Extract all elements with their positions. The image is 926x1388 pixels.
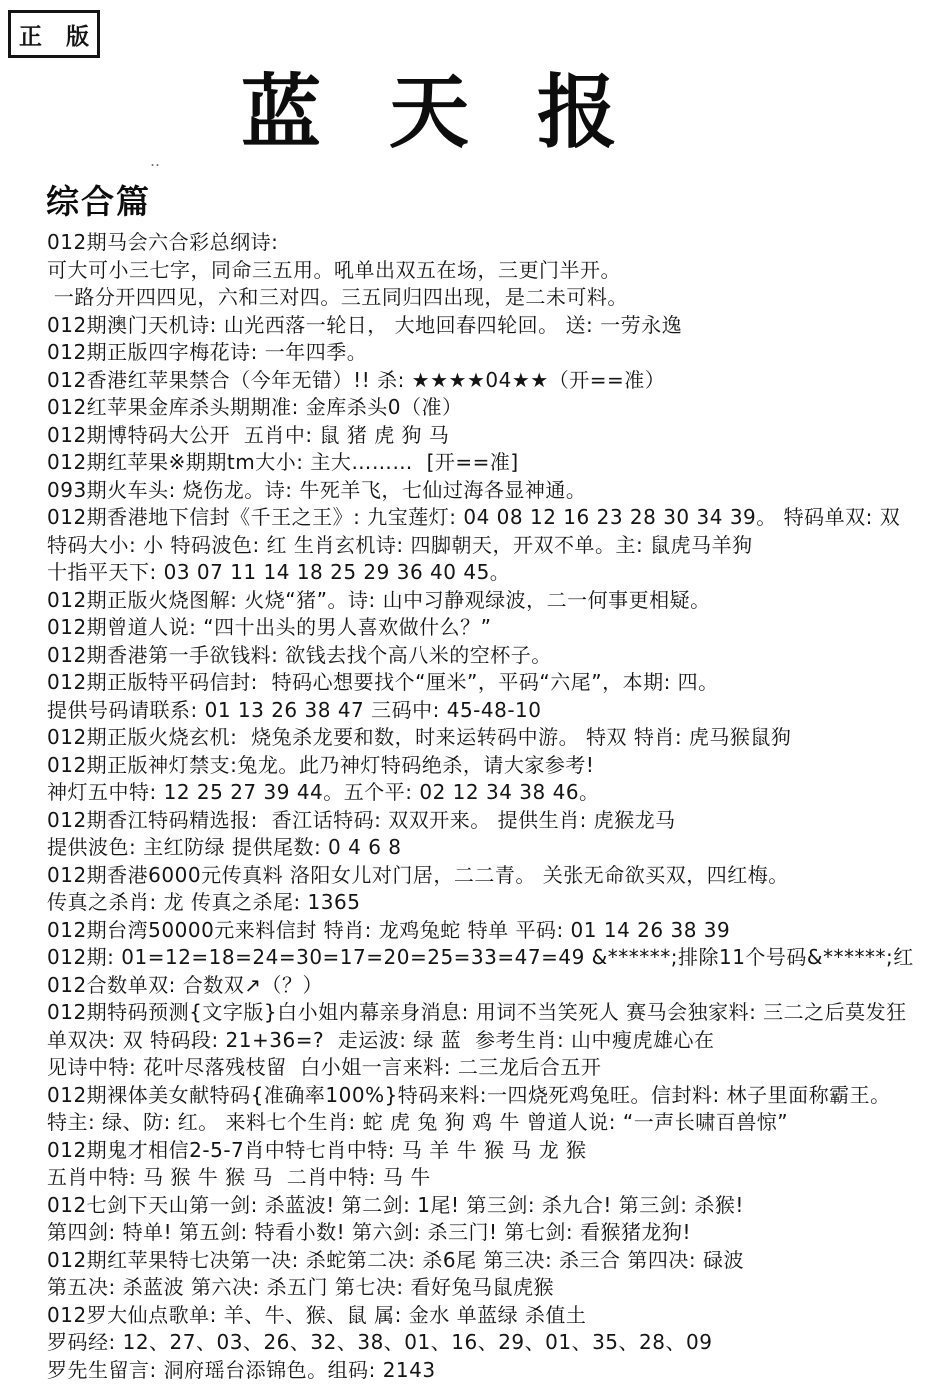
text-line: 093期火车头: 烧伤龙。诗: 牛死羊飞，七仙过海各显神通。 — [47, 477, 915, 505]
text-line: 提供波色: 主红防绿 提供尾数: 0 4 6 8 — [47, 834, 915, 862]
text-line: 012期香港第一手欲钱料: 欲钱去找个高八米的空杯子。 — [47, 642, 915, 670]
text-line: 012期鬼才相信2-5-7肖中特七肖中特: 马 羊 牛 猴 马 龙 猴 — [47, 1137, 915, 1165]
text-line: 神灯五中特: 12 25 27 39 44。五个平: 02 12 34 38 4… — [47, 779, 915, 807]
text-line: 第四剑: 特单! 第五剑: 特看小数! 第六剑: 杀三门! 第七剑: 看猴猪龙狗… — [47, 1219, 915, 1247]
text-line: 012罗大仙点歌单: 羊、牛、猴、鼠 属: 金水 单蓝绿 杀值土 — [47, 1302, 915, 1330]
text-line: 012期博特码大公开 五肖中: 鼠 猪 虎 狗 马 — [47, 422, 915, 450]
text-line: 012期: 01=12=18=24=30=17=20=25=33=47=49 &… — [47, 944, 915, 972]
text-line: 罗码经: 12、27、03、26、32、38、01、16、29、01、35、28… — [47, 1329, 915, 1357]
page-title: 蓝天报 — [0, 68, 926, 156]
text-line: 单双决: 双 特码段: 21+36=? 走运波: 绿 蓝 参考生肖: 山中瘦虎雄… — [47, 1027, 915, 1055]
text-line: 一路分开四四见，六和三对四。三五同归四出现，是二未可料。 — [47, 284, 915, 312]
text-line: 012期红苹果特七决第一决: 杀蛇第二决: 杀6尾 第三决: 杀三合 第四决: … — [47, 1247, 915, 1275]
body-text: 012期马会六合彩总纲诗:可大可小三七字，同命三五用。吼单出双五在场，三更门半开… — [47, 229, 915, 1384]
text-line: 012期澳门天机诗: 山光西落一轮日， 大地回春四轮回。 送: 一劳永逸 — [47, 312, 915, 340]
text-line: 012期曾道人说: “四十出头的男人喜欢做什么？” — [47, 614, 915, 642]
text-line: 012期正版四字梅花诗: 一年四季。 — [47, 339, 915, 367]
text-line: 012七剑下天山第一剑: 杀蓝波! 第二剑: 1尾! 第三剑: 杀九合! 第三剑… — [47, 1192, 915, 1220]
text-line: 012期香港地下信封《千王之王》: 九宝莲灯: 04 08 12 16 23 2… — [47, 504, 915, 532]
text-line: 传真之杀肖: 龙 传真之杀尾: 1365 — [47, 889, 915, 917]
text-line: 012红苹果金库杀头期期准: 金库杀头0（准） — [47, 394, 915, 422]
newspaper-page: 正 版 蓝天报 ‥ 综合篇 012期马会六合彩总纲诗:可大可小三七字，同命三五用… — [0, 0, 926, 1388]
text-line: 012期正版火烧玄机: 烧兔杀龙要和数，时来运转码中游。 特双 特肖: 虎马猴鼠… — [47, 724, 915, 752]
text-line: 十指平天下: 03 07 11 14 18 25 29 36 40 45。 — [47, 559, 915, 587]
text-line: 012期正版神灯禁支:兔龙。此乃神灯特码绝杀，请大家参考! — [47, 752, 915, 780]
text-line: 012期红苹果※期期tm大小: 主大……… [开==准] — [47, 449, 915, 477]
text-line: 见诗中特: 花叶尽落残枝留 白小姐一言来料: 二三龙后合五开 — [47, 1054, 915, 1082]
dots-mark: ‥ — [150, 152, 163, 170]
text-line: 特主: 绿、防: 红。 来料七个生肖: 蛇 虎 兔 狗 鸡 牛 曾道人说: “一… — [47, 1109, 915, 1137]
text-line: 特码大小: 小 特码波色: 红 生肖玄机诗: 四脚朝天，开双不单。主: 鼠虎马羊… — [47, 532, 915, 560]
text-line: 012期正版火烧图解: 火烧“猪”。诗: 山中习静观绿波，二一何事更相疑。 — [47, 587, 915, 615]
text-line: 012香港红苹果禁合（今年无错）!! 杀: ★★★★04★★（开==准） — [47, 367, 915, 395]
text-line: 012期香江特码精选报: 香江话特码: 双双开来。 提供生肖: 虎猴龙马 — [47, 807, 915, 835]
text-line: 012期裸体美女献特码{准确率100%}特码来料:一四烧死鸡兔旺。信封料: 林子… — [47, 1082, 915, 1110]
section-heading: 综合篇 — [46, 176, 151, 223]
text-line: 012期特码预测{文字版}白小姐内幕亲身消息: 用词不当笑死人 赛马会独家料: … — [47, 999, 915, 1027]
text-line: 012期香港6000元传真料 洛阳女儿对门居，二二青。 关张无命欲买双，四红梅。 — [47, 862, 915, 890]
genuine-badge-label: 正 版 — [11, 18, 97, 51]
text-line: 五肖中特: 马 猴 牛 猴 马 二肖中特: 马 牛 — [47, 1164, 915, 1192]
text-line: 第五决: 杀蓝波 第六决: 杀五门 第七决: 看好兔马鼠虎猴 — [47, 1274, 915, 1302]
genuine-badge: 正 版 — [8, 10, 100, 58]
text-line: 012期台湾50000元来料信封 特肖: 龙鸡兔蛇 特单 平码: 01 14 2… — [47, 917, 915, 945]
text-line: 012期马会六合彩总纲诗: — [47, 229, 915, 257]
text-line: 012期正版特平码信封: 特码心想要找个“厘米”，平码“六尾”，本期: 四。 — [47, 669, 915, 697]
text-line: 提供号码请联系: 01 13 26 38 47 三码中: 45-48-10 — [47, 697, 915, 725]
text-line: 012合数单双: 合数双↗（？） — [47, 972, 915, 1000]
text-line: 罗先生留言: 洞府瑶台添锦色。组码: 2143 — [47, 1357, 915, 1385]
text-line: 可大可小三七字，同命三五用。吼单出双五在场，三更门半开。 — [47, 257, 915, 285]
